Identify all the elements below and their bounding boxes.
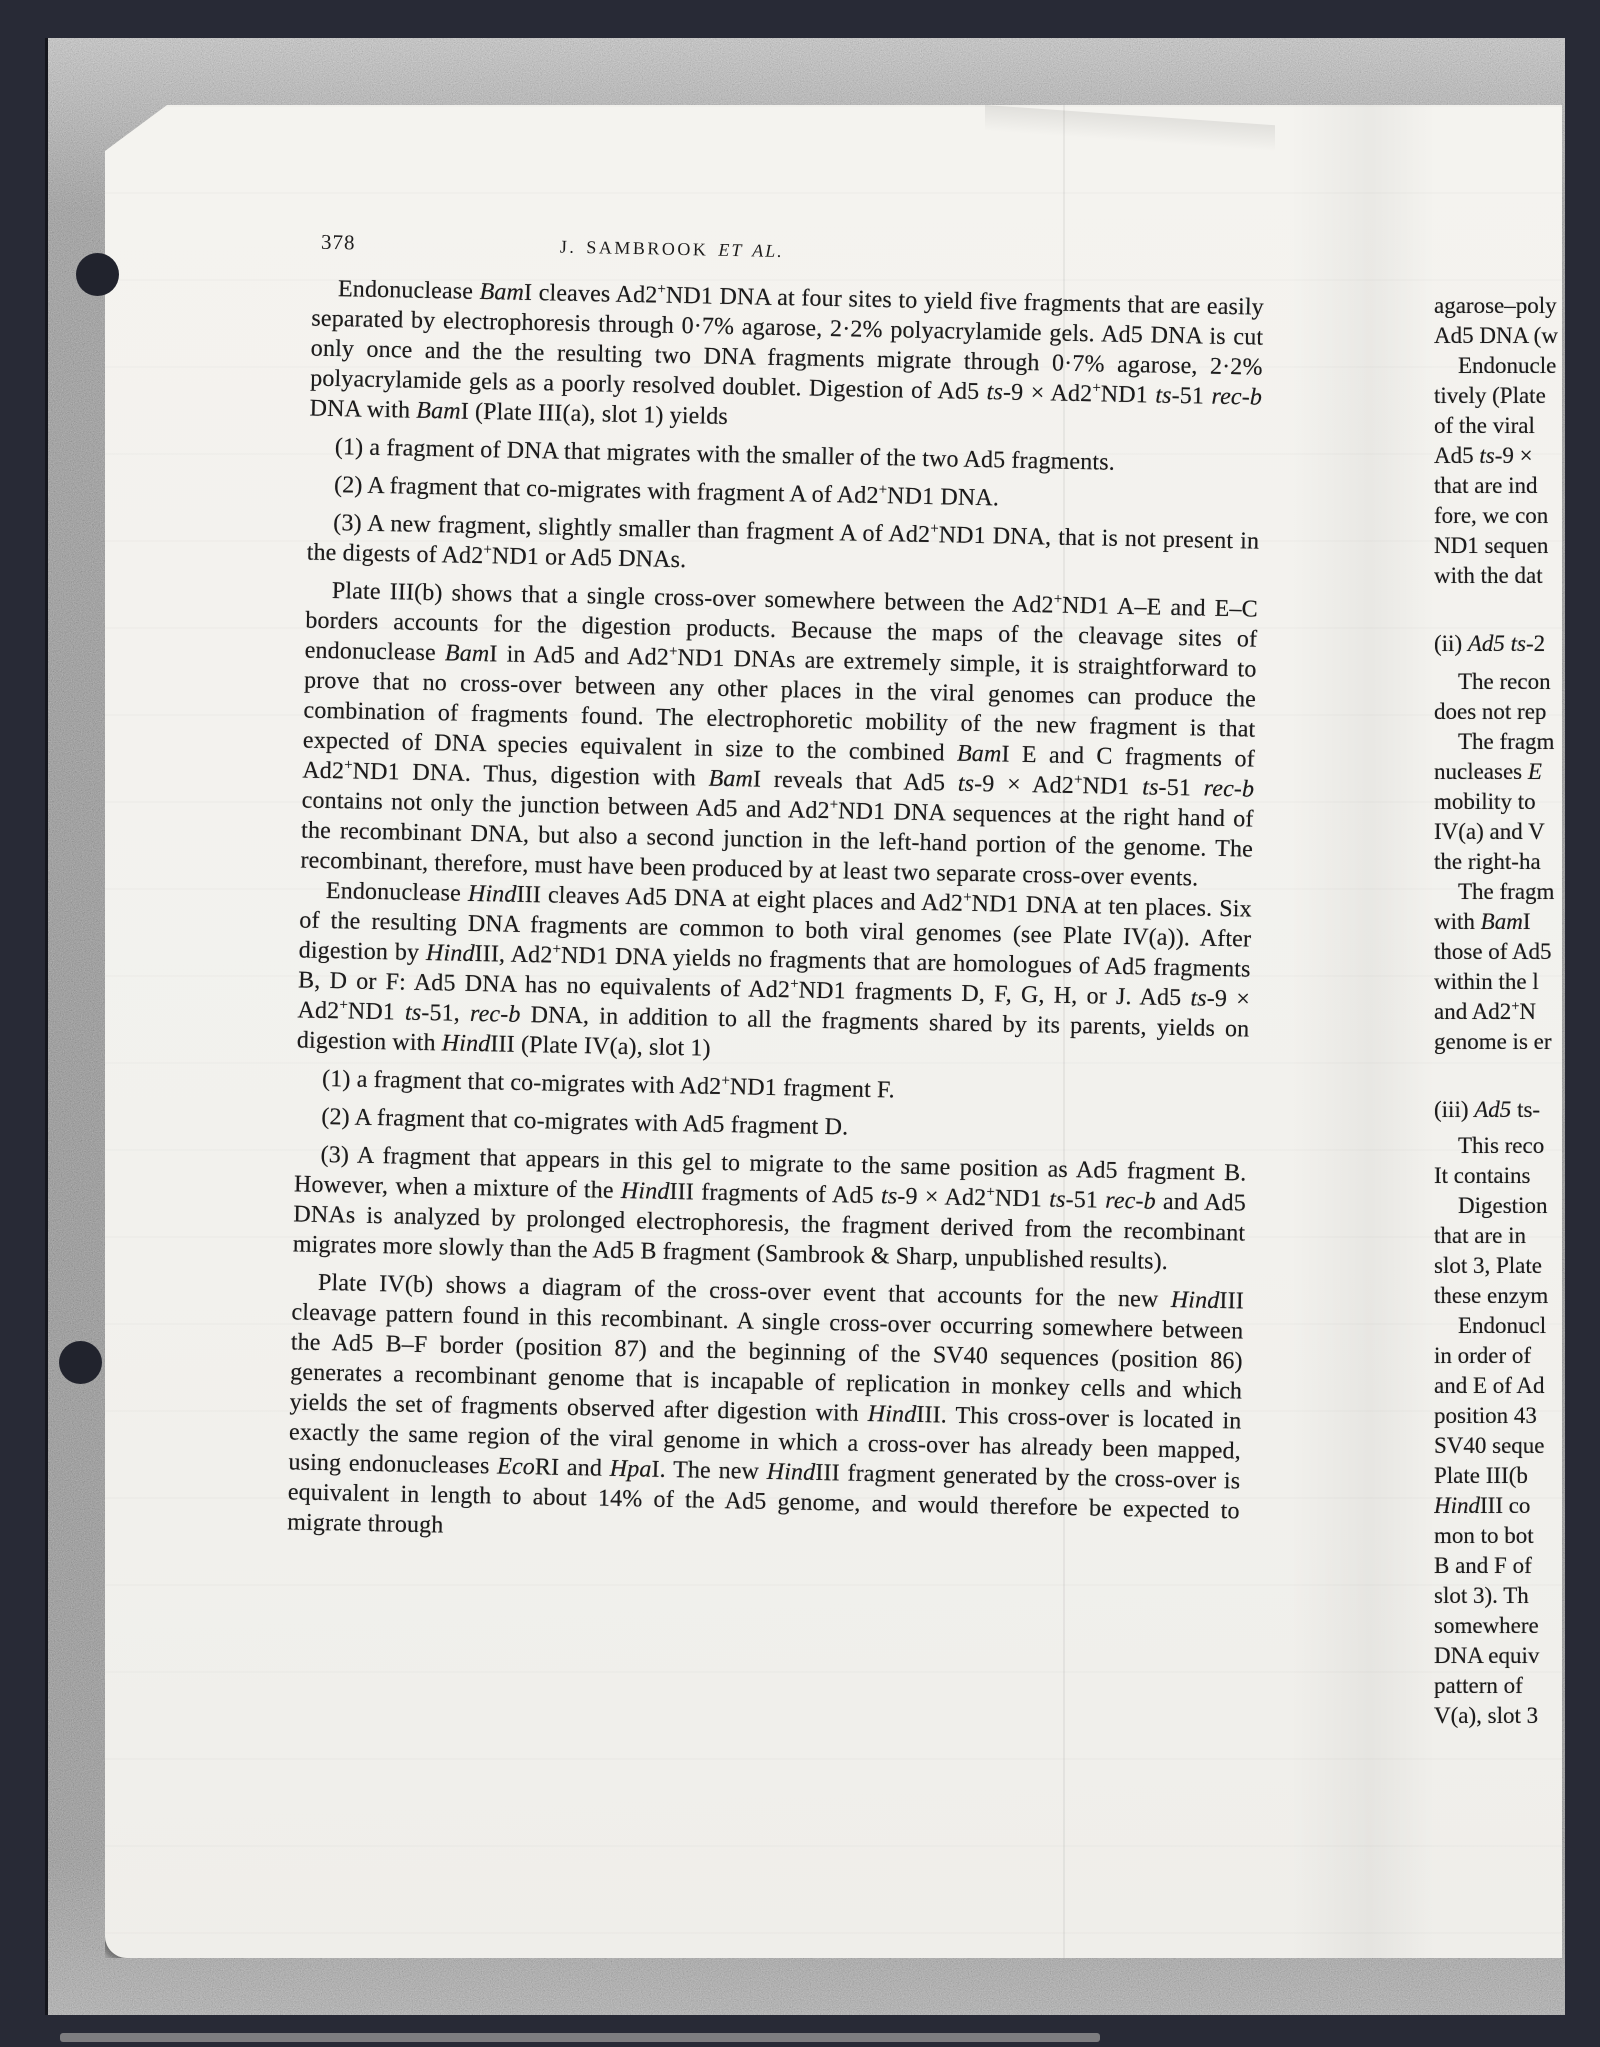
- list-item: (3) A fragment that appears in this gel …: [293, 1139, 1247, 1278]
- running-head-authors: J. SAMBROOK: [560, 237, 709, 260]
- truncated-text-line: within the l: [1434, 967, 1562, 997]
- truncated-text-line: these enzym: [1434, 1281, 1562, 1311]
- truncated-text-line: slot 3). Th: [1434, 1581, 1562, 1611]
- book-gutter-shadow: [1290, 105, 1435, 1958]
- hole-punch-bottom: [59, 1341, 102, 1384]
- article-text: Endonuclease BamI cleaves Ad2+ND1 DNA at…: [287, 274, 1264, 1557]
- truncated-text-line: SV40 seque: [1434, 1431, 1562, 1461]
- truncated-text-line: pattern of: [1434, 1671, 1562, 1701]
- right-page-text-sliver: agarose–polyAd5 DNA (wEndonucletively (P…: [1434, 291, 1562, 1731]
- truncated-text-line: HindIII co: [1434, 1491, 1562, 1521]
- truncated-text-line: position 43: [1434, 1401, 1562, 1431]
- truncated-text-line: and Ad2+N: [1434, 997, 1562, 1027]
- truncated-text-line: Endonucl: [1434, 1311, 1562, 1341]
- truncated-text-line: ND1 sequen: [1434, 531, 1562, 561]
- truncated-text-line: DNA equiv: [1434, 1641, 1562, 1671]
- truncated-text-line: with BamI: [1434, 907, 1562, 937]
- truncated-text-line: The fragm: [1434, 727, 1562, 757]
- left-page-text-column: 378 J. SAMBROOK ET AL. Endonuclease BamI…: [287, 228, 1265, 1557]
- scanned-paper-page: 378 J. SAMBROOK ET AL. Endonuclease BamI…: [0, 0, 1600, 2047]
- truncated-text-line: (ii) Ad5 ts-2: [1434, 629, 1562, 659]
- truncated-text-line: those of Ad5: [1434, 937, 1562, 967]
- truncated-text-line: of the viral: [1434, 411, 1562, 441]
- truncated-text-line: and E of Ad: [1434, 1371, 1562, 1401]
- truncated-text-line: with the dat: [1434, 561, 1562, 591]
- truncated-text-line: It contains: [1434, 1161, 1562, 1191]
- truncated-text-line: Ad5 ts-9 ×: [1434, 441, 1562, 471]
- running-head-etal: ET AL.: [718, 240, 784, 261]
- truncated-text-line: agarose–poly: [1434, 291, 1562, 321]
- truncated-text-line: B and F of: [1434, 1551, 1562, 1581]
- list-item: (3) A new fragment, slightly smaller tha…: [306, 508, 1259, 587]
- truncated-text-line: genome is er: [1434, 1027, 1562, 1057]
- truncated-text-line: Ad5 DNA (w: [1434, 321, 1562, 351]
- truncated-text-line: in order of: [1434, 1341, 1562, 1371]
- truncated-text-line: V(a), slot 3: [1434, 1701, 1562, 1731]
- running-head: J. SAMBROOK ET AL.: [560, 237, 784, 262]
- truncated-text-line: Endonucle: [1434, 351, 1562, 381]
- truncated-text-line: nucleases E: [1434, 757, 1562, 787]
- paragraph: Endonuclease BamI cleaves Ad2+ND1 DNA at…: [309, 274, 1264, 443]
- truncated-text-line: Digestion: [1434, 1191, 1562, 1221]
- paragraph: Endonuclease HindIII cleaves Ad5 DNA at …: [297, 875, 1252, 1074]
- paragraph: Plate IV(b) shows a diagram of the cross…: [287, 1267, 1244, 1556]
- truncated-text-line: mobility to: [1434, 787, 1562, 817]
- page-number: 378: [321, 230, 356, 256]
- truncated-text-line: slot 3, Plate: [1434, 1251, 1562, 1281]
- next-page-edge: [60, 2033, 1100, 2042]
- truncated-text-line: that are ind: [1434, 471, 1562, 501]
- truncated-text-line: the right-ha: [1434, 847, 1562, 877]
- paragraph: Plate III(b) shows that a single cross-o…: [300, 576, 1258, 895]
- truncated-text-line: mon to bot: [1434, 1521, 1562, 1551]
- truncated-text-line: does not rep: [1434, 697, 1562, 727]
- hole-punch-top: [76, 253, 119, 296]
- truncated-text-line: somewhere: [1434, 1611, 1562, 1641]
- book-page: 378 J. SAMBROOK ET AL. Endonuclease BamI…: [105, 105, 1562, 1958]
- truncated-text-line: IV(a) and V: [1434, 817, 1562, 847]
- truncated-text-line: The fragm: [1434, 877, 1562, 907]
- truncated-text-line: Plate III(b: [1434, 1461, 1562, 1491]
- truncated-text-line: fore, we con: [1434, 501, 1562, 531]
- truncated-text-line: This reco: [1434, 1131, 1562, 1161]
- truncated-text-line: that are in: [1434, 1221, 1562, 1251]
- truncated-text-line: (iii) Ad5 ts-: [1434, 1095, 1562, 1125]
- truncated-text-line: The recon: [1434, 667, 1562, 697]
- truncated-text-line: tively (Plate: [1434, 381, 1562, 411]
